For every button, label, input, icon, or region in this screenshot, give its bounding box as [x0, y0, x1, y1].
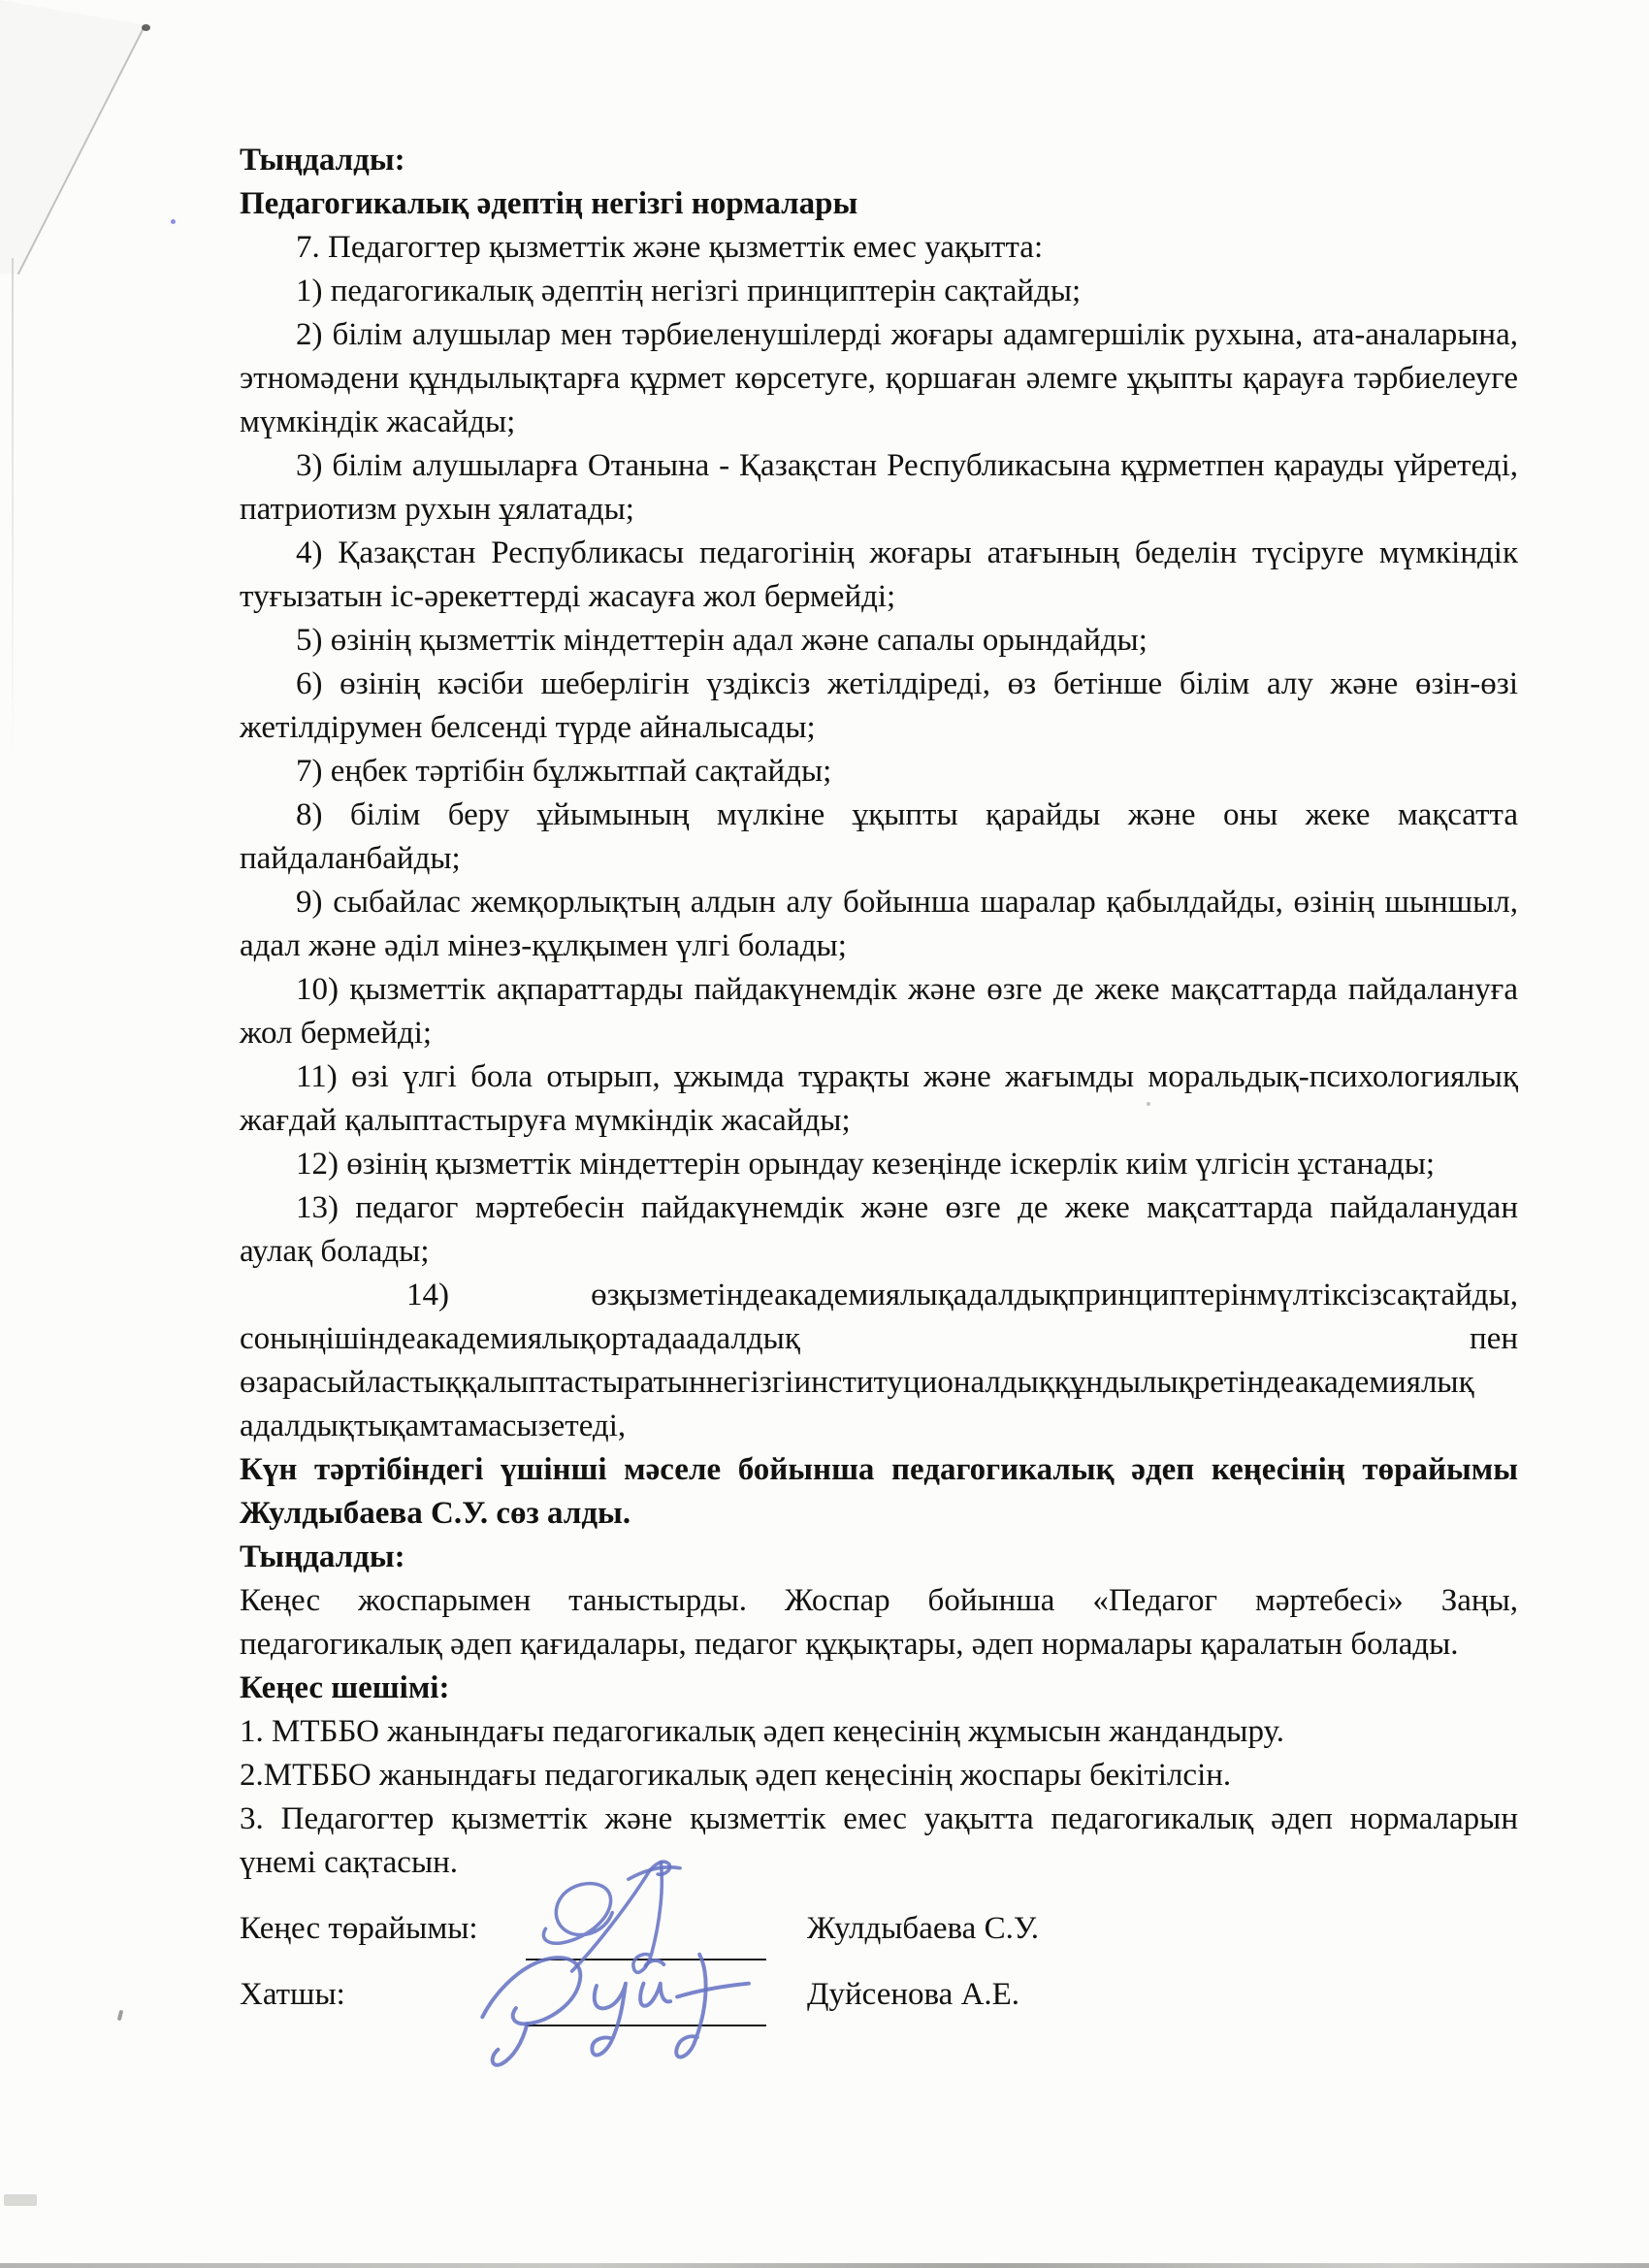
- list-item-13: 13) педагог мәртебесін пайдакүнемдік жән…: [240, 1186, 1518, 1274]
- signature-line-secretary: [526, 2025, 766, 2026]
- decision-item-1: 1. МТББО жанындағы педагогикалық әдеп ке…: [240, 1710, 1518, 1754]
- scan-left-edge-shadow: [12, 258, 14, 762]
- scan-speck-blue: [171, 219, 176, 224]
- list-item-14-line3: өзарасыйластыққалыптастыратыннегізгіинст…: [240, 1361, 1518, 1405]
- list-item-14-line1: 14) өзқызметіндеакадемиялықадалдықпринци…: [240, 1274, 1518, 1317]
- signature-name-secretary: Дуйсенова А.Е.: [807, 1973, 1019, 2017]
- scan-speck-dark: [142, 24, 150, 31]
- signature-row-chair: Кеңес төрайымы: Жулдыбаева С.У.: [240, 1906, 1518, 1960]
- list-item-9: 9) сыбайлас жемқорлықтың алдын алу бойын…: [240, 881, 1518, 968]
- list-item-4: 4) Қазақстан Республикасы педагогінің жо…: [240, 532, 1518, 619]
- heard-paragraph: Кеңес жоспарымен таныстырды. Жоспар бойы…: [240, 1579, 1518, 1667]
- scanned-document-page: Тыңдалды: Педагогикалық әдептің негізгі …: [0, 0, 1649, 2268]
- decision-heading: Кеңес шешімі:: [240, 1667, 1518, 1710]
- scan-bottom-edge-line: [0, 2263, 1649, 2268]
- list-item-14-line2: соныңішіндеакадемиялықортадаадалдық пен: [240, 1317, 1518, 1361]
- document-body: Тыңдалды: Педагогикалық әдептің негізгі …: [240, 139, 1518, 2026]
- scan-corner-shadow: [0, 0, 155, 291]
- item-14-text2b: пен: [1470, 1317, 1518, 1361]
- agenda-heading: Күн тәртібіндегі үшінші мәселе бойынша п…: [240, 1448, 1518, 1536]
- signature-row-secretary: Хатшы: Дуйсенова А.Е.: [240, 1972, 1518, 2026]
- section-heading-heard-2: Тыңдалды:: [240, 1536, 1518, 1579]
- document-title: Педагогикалық әдептің негізгі нормалары: [240, 182, 1518, 226]
- list-item-6: 6) өзінің кәсіби шеберлігін үздіксіз жет…: [240, 663, 1518, 750]
- scan-blot-bottom-left: [4, 2194, 37, 2206]
- intro-paragraph: 7. Педагогтер қызметтік және қызметтік е…: [240, 226, 1518, 270]
- list-item-3: 3) білім алушыларға Отанына - Қазақстан …: [240, 444, 1518, 532]
- list-item-8: 8) білім беру ұйымының мүлкіне ұқыпты қа…: [240, 794, 1518, 881]
- decision-item-3: 3. Педагогтер қызметтік және қызметтік е…: [240, 1798, 1518, 1885]
- section-heading-heard: Тыңдалды:: [240, 139, 1518, 182]
- signature-line-chair: [526, 1959, 766, 1960]
- item-14-text2a: соныңішіндеакадемиялықортадаадалдық: [240, 1317, 800, 1361]
- list-item-5: 5) өзінің қызметтік міндеттерін адал жән…: [240, 619, 1518, 663]
- list-item-14-line4: адалдықтықамтамасызетеді,: [240, 1405, 1518, 1448]
- signature-name-chair: Жулдыбаева С.У.: [807, 1907, 1039, 1951]
- decision-item-2: 2.МТББО жанындағы педагогикалық әдеп кең…: [240, 1754, 1518, 1798]
- list-item-10: 10) қызметтік ақпараттарды пайдакүнемдік…: [240, 968, 1518, 1055]
- list-item-12: 12) өзінің қызметтік міндеттерін орындау…: [240, 1143, 1518, 1186]
- signature-label-chair: Кеңес төрайымы:: [240, 1907, 478, 1951]
- list-item-7: 7) еңбек тәртібін бұлжытпай сақтайды;: [240, 750, 1518, 794]
- signature-block: Кеңес төрайымы: Жулдыбаева С.У. Хатшы:: [240, 1906, 1518, 2026]
- item-14-number: 14): [406, 1274, 449, 1317]
- list-item-11: 11) өзі үлгі бола отырып, ұжымда тұрақты…: [240, 1055, 1518, 1143]
- signature-label-secretary: Хатшы:: [240, 1973, 345, 2017]
- list-item-2: 2) білім алушылар мен тәрбиеленушілерді …: [240, 313, 1518, 444]
- item-14-text1: өзқызметіндеакадемиялықадалдықпринциптер…: [591, 1274, 1518, 1317]
- list-item-14: 14) өзқызметіндеакадемиялықадалдықпринци…: [240, 1274, 1518, 1448]
- scan-speck-tick: [117, 2010, 124, 2022]
- list-item-1: 1) педагогикалық әдептің негізгі принцип…: [240, 270, 1518, 313]
